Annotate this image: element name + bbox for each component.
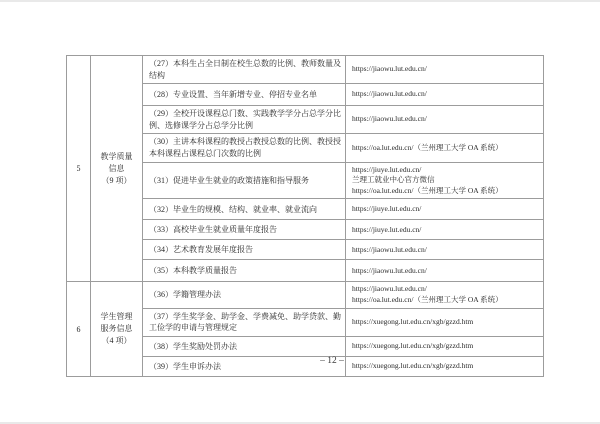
item-cell: （34）艺术教育发展年度报告 <box>143 240 346 260</box>
url-line: https://jiuye.lut.edu.cn/ <box>352 225 540 236</box>
table-row: 6 学生管理 服务信息 （4 项） （36）学籍管理办法 https://jia… <box>67 282 544 308</box>
url-cell: https://oa.lut.edu.cn/（兰州理工大学 OA 系统） <box>346 134 544 162</box>
url-line: https://xuegong.lut.edu.cn/xgb/gzzd.htm <box>352 361 540 372</box>
url-line: https://jiaowu.lut.edu.cn/ <box>352 284 540 295</box>
url-line: https://jiaowu.lut.edu.cn/ <box>352 114 540 125</box>
url-cell: https://jiuye.lut.edu.cn/ 兰理工就业中心官方微信 ht… <box>346 162 544 199</box>
url-cell: https://jiaowu.lut.edu.cn/ <box>346 56 544 84</box>
item-cell: （38）学生奖励处罚办法 <box>143 336 346 356</box>
url-cell: https://jiaowu.lut.edu.cn/ https://oa.lu… <box>346 282 544 308</box>
section-category-cell: 教学质量 信息 （9 项） <box>91 56 143 282</box>
item-cell: （29）全校开设课程总门数、实践教学学分占总学分比例、选修课学分占总学分比例 <box>143 106 346 134</box>
item-cell: （31）促进毕业生就业的政策措施和指导服务 <box>143 162 346 199</box>
category-line: （9 项） <box>92 175 141 187</box>
item-cell: （33）高校毕业生就业质量年度报告 <box>143 220 346 240</box>
url-line: https://oa.lut.edu.cn/（兰州理工大学 OA 系统） <box>352 143 540 154</box>
url-cell: https://xuegong.lut.edu.cn/xgb/gzzd.htm <box>346 308 544 336</box>
url-line: https://jiuye.lut.edu.cn/ <box>352 204 540 215</box>
url-cell: https://jiaowu.lut.edu.cn/ <box>346 260 544 282</box>
table-row: 5 教学质量 信息 （9 项） （27）本科生占全日制在校生总数的比例、教师数量… <box>67 56 544 84</box>
section-number-cell: 5 <box>67 56 91 282</box>
url-cell: https://jiuye.lut.edu.cn/ <box>346 220 544 240</box>
url-cell: https://xuegong.lut.edu.cn/xgb/gzzd.htm <box>346 356 544 376</box>
item-cell: （36）学籍管理办法 <box>143 282 346 308</box>
url-line: https://jiaowu.lut.edu.cn/ <box>352 64 540 75</box>
category-line: 教学质量 <box>92 151 141 163</box>
url-line: https://jiaowu.lut.edu.cn/ <box>352 89 540 100</box>
url-line: https://jiaowu.lut.edu.cn/ <box>352 245 540 256</box>
category-line: （4 项） <box>92 335 141 347</box>
url-cell: https://jiaowu.lut.edu.cn/ <box>346 84 544 106</box>
url-cell: https://jiaowu.lut.edu.cn/ <box>346 106 544 134</box>
item-cell: （37）学生奖学金、助学金、学费减免、助学贷款、勤工俭学的申请与管理规定 <box>143 308 346 336</box>
url-line: https://xuegong.lut.edu.cn/xgb/gzzd.htm <box>352 317 540 328</box>
page-number: – 12 – <box>320 356 344 366</box>
category-line: 服务信息 <box>92 323 141 335</box>
item-cell: （30）主讲本科课程的教授占教授总数的比例、教授授本科课程占课程总门次数的比例 <box>143 134 346 162</box>
category-line: 学生管理 <box>92 311 141 323</box>
item-cell: （32）毕业生的规模、结构、就业率、就业流向 <box>143 199 346 220</box>
url-cell: https://jiaowu.lut.edu.cn/ <box>346 240 544 260</box>
section-number-cell: 6 <box>67 282 91 376</box>
information-disclosure-table: 5 教学质量 信息 （9 项） （27）本科生占全日制在校生总数的比例、教师数量… <box>66 55 544 377</box>
url-line: https://jiuye.lut.edu.cn/ <box>352 165 540 176</box>
url-line: https://jiaowu.lut.edu.cn/ <box>352 266 540 277</box>
url-line: https://xuegong.lut.edu.cn/xgb/gzzd.htm <box>352 341 540 352</box>
url-cell: https://jiuye.lut.edu.cn/ <box>346 199 544 220</box>
url-cell: https://xuegong.lut.edu.cn/xgb/gzzd.htm <box>346 336 544 356</box>
page-top-edge <box>0 0 600 2</box>
url-line: https://oa.lut.edu.cn/（兰州理工大学 OA 系统） <box>352 186 540 197</box>
item-cell: （27）本科生占全日制在校生总数的比例、教师数量及结构 <box>143 56 346 84</box>
url-line: https://oa.lut.edu.cn/（兰州理工大学 OA 系统） <box>352 295 540 306</box>
item-cell: （39）学生申诉办法 <box>143 356 346 376</box>
url-line: 兰理工就业中心官方微信 <box>352 175 540 186</box>
section-category-cell: 学生管理 服务信息 （4 项） <box>91 282 143 376</box>
item-cell: （35）本科教学质量报告 <box>143 260 346 282</box>
category-line: 信息 <box>92 163 141 175</box>
item-cell: （28）专业设置、当年新增专业、停招专业名单 <box>143 84 346 106</box>
